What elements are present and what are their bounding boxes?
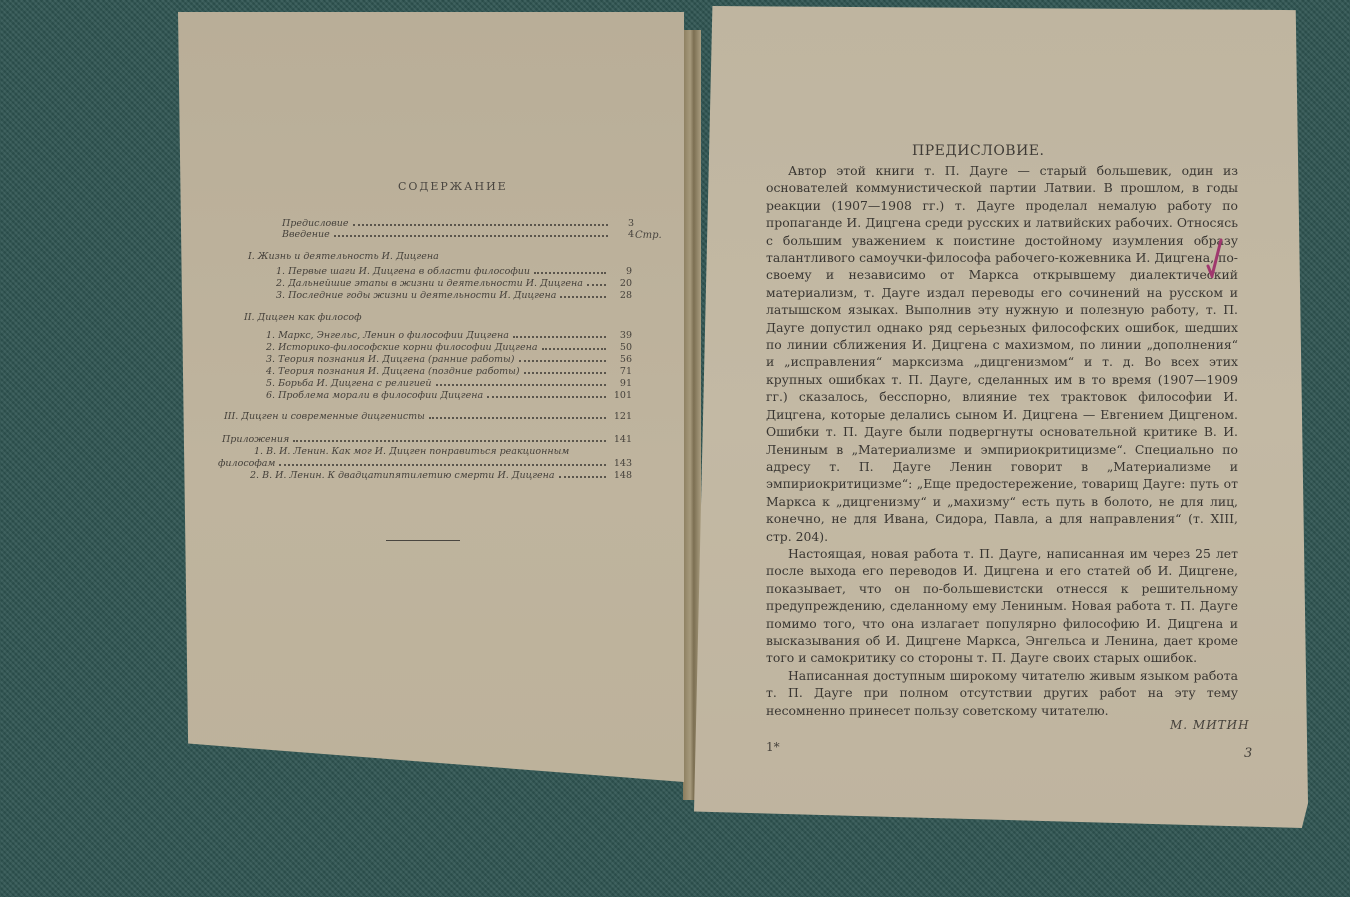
toc-page: 91 xyxy=(610,378,632,389)
toc-label: философам xyxy=(218,458,275,469)
toc-page: 28 xyxy=(610,290,632,301)
toc-page-column-label: Стр. xyxy=(635,230,662,241)
leader-dots xyxy=(429,416,606,419)
signature-mark: 1* xyxy=(766,740,780,754)
preface-body: Автор этой книги т. П. Дауге — старый бо… xyxy=(766,162,1238,719)
toc-page: 4 xyxy=(612,229,634,240)
toc-label: 5. Борьба И. Дицгена с религией xyxy=(266,378,432,389)
toc-row[interactable]: 3. Теория познания И. Дицгена (ранние ра… xyxy=(266,354,632,365)
toc-row[interactable]: философам143 xyxy=(218,458,632,469)
leader-dots xyxy=(524,371,606,374)
toc-row[interactable]: III. Дицген и современные дицгенисты121 xyxy=(224,411,632,422)
toc-row[interactable]: Введение4 xyxy=(282,229,634,240)
leader-dots xyxy=(534,271,606,274)
leader-dots xyxy=(519,359,607,362)
toc-page: 141 xyxy=(610,434,632,445)
toc-row[interactable]: 4. Теория познания И. Дицгена (поздние р… xyxy=(266,366,632,377)
toc-label: 4. Теория познания И. Дицгена (поздние р… xyxy=(266,366,520,377)
leader-dots xyxy=(279,463,606,466)
toc-row[interactable]: 2. В. И. Ленин. К двадцатипятилетию смер… xyxy=(250,470,632,481)
toc-row[interactable]: 2. Историко-философские корни философии … xyxy=(266,342,632,353)
toc-label: 2. Дальнейшие этапы в жизни и деятельнос… xyxy=(276,278,583,289)
toc-label: 1. Первые шаги И. Дицгена в области фило… xyxy=(276,266,530,277)
leader-dots xyxy=(513,335,606,338)
pen-checkmark-icon xyxy=(1205,238,1223,278)
toc-label: 3. Последние годы жизни и деятельности И… xyxy=(276,290,556,301)
toc-page: 71 xyxy=(610,366,632,377)
leader-dots xyxy=(587,283,606,286)
toc-row[interactable]: 2. Дальнейшие этапы в жизни и деятельнос… xyxy=(276,278,632,289)
leader-dots xyxy=(487,395,606,398)
toc-row[interactable]: 1. Первые шаги И. Дицгена в области фило… xyxy=(276,266,632,277)
leader-dots xyxy=(560,295,606,298)
end-rule-divider xyxy=(386,540,460,541)
author-signature: М. МИТИН xyxy=(1170,718,1250,732)
toc-label: 2. В. И. Ленин. К двадцатипятилетию смер… xyxy=(250,470,555,481)
preface-paragraph: Настоящая, новая работа т. П. Дауге, нап… xyxy=(766,545,1238,667)
toc-label: Приложения xyxy=(222,434,289,445)
toc-page: 3 xyxy=(612,218,634,229)
preface-paragraph: Написанная доступным широкому читателю ж… xyxy=(766,667,1238,719)
toc-row[interactable]: Приложения141 xyxy=(222,434,632,445)
leader-dots xyxy=(542,347,606,350)
leader-dots xyxy=(559,475,606,478)
toc-page: 56 xyxy=(610,354,632,365)
preface-title: ПРЕДИСЛОВИЕ. xyxy=(912,143,1044,159)
toc-page: 101 xyxy=(610,390,632,401)
toc-label: III. Дицген и современные дицгенисты xyxy=(224,411,425,422)
preface-paragraph: Автор этой книги т. П. Дауге — старый бо… xyxy=(766,162,1238,545)
toc-row[interactable]: 6. Проблема морали в философии Дицгена10… xyxy=(266,390,632,401)
toc-page: 121 xyxy=(610,411,632,422)
toc-part-heading: II. Дицген как философ xyxy=(244,312,362,323)
toc-label: Предисловие xyxy=(282,218,349,229)
leader-dots xyxy=(436,383,606,386)
toc-page: 39 xyxy=(610,330,632,341)
toc-label: 6. Проблема морали в философии Дицгена xyxy=(266,390,483,401)
toc-page: 20 xyxy=(610,278,632,289)
toc-row[interactable]: 1. Маркс, Энгельс, Ленин о философии Диц… xyxy=(266,330,632,341)
toc-label: 1. В. И. Ленин. Как мог И. Дицген понрав… xyxy=(254,446,569,457)
toc-label: 1. Маркс, Энгельс, Ленин о философии Диц… xyxy=(266,330,509,341)
toc-label: Введение xyxy=(282,229,330,240)
toc-label: 3. Теория познания И. Дицгена (ранние ра… xyxy=(266,354,515,365)
toc-page: 50 xyxy=(610,342,632,353)
toc-part-heading: I. Жизнь и деятельность И. Дицгена xyxy=(248,251,439,262)
toc-page: 148 xyxy=(610,470,632,481)
toc-page: 9 xyxy=(610,266,632,277)
toc-row[interactable]: 5. Борьба И. Дицгена с религией91 xyxy=(266,378,632,389)
leader-dots xyxy=(334,234,608,237)
leader-dots xyxy=(353,223,609,226)
toc-label: 2. Историко-философские корни философии … xyxy=(266,342,538,353)
toc-row[interactable]: Предисловие3 xyxy=(282,218,634,229)
page-number: 3 xyxy=(1244,746,1252,761)
toc-title: СОДЕРЖАНИЕ xyxy=(398,180,598,193)
toc-page: 143 xyxy=(610,458,632,469)
toc-row[interactable]: 3. Последние годы жизни и деятельности И… xyxy=(276,290,632,301)
leader-dots xyxy=(293,439,606,442)
